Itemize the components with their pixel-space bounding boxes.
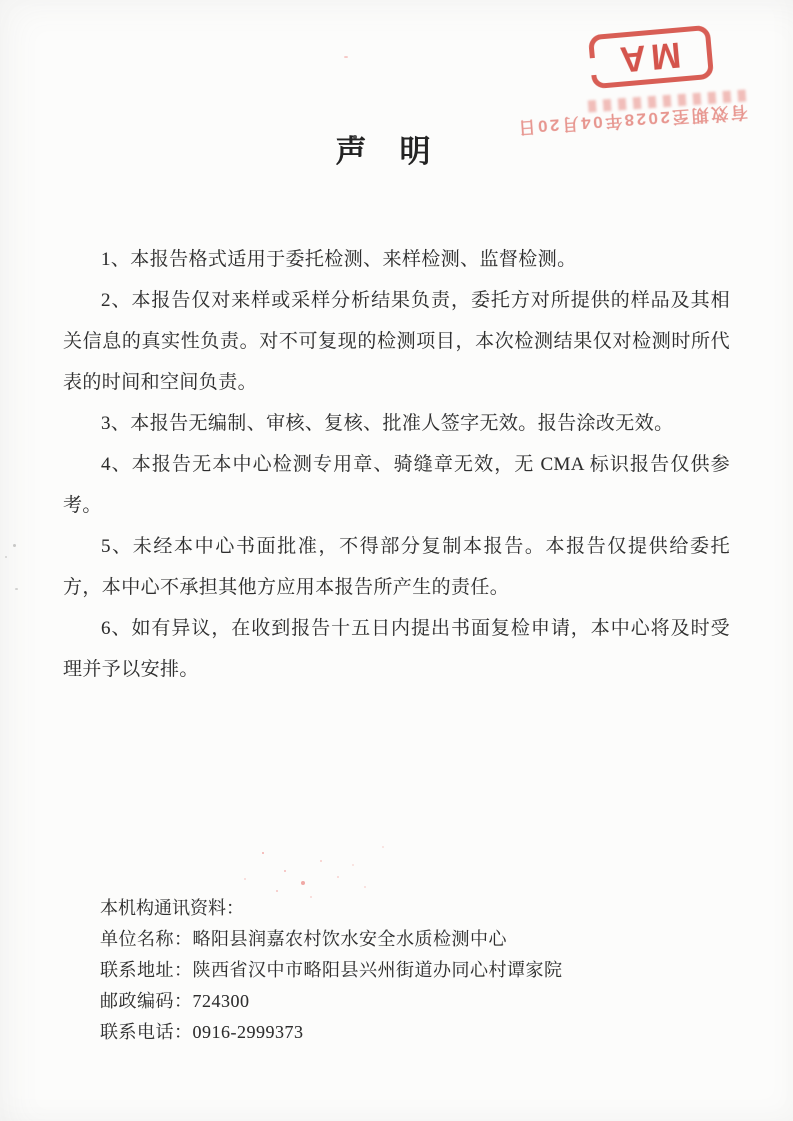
statement-item-2: 2、本报告仅对来样或采样分析结果负责，委托方对所提供的样品及其相关信息的真实性负… <box>63 280 730 403</box>
contact-row-unit-name: 单位名称：略阳县润嘉农村饮水安全水质检测中心 <box>100 924 563 955</box>
contact-value-unit-name: 略阳县润嘉农村饮水安全水质检测中心 <box>193 929 508 949</box>
contact-value-phone: 0916-2999373 <box>193 1022 304 1042</box>
scan-speck <box>344 56 348 58</box>
contact-row-address: 联系地址：陕西省汉中市略阳县兴州街道办同心村谭家院 <box>100 955 563 986</box>
contact-info-block: 本机构通讯资料： 单位名称：略阳县润嘉农村饮水安全水质检测中心 联系地址：陕西省… <box>100 893 563 1048</box>
contact-label-unit-name: 单位名称： <box>100 929 193 949</box>
scan-speck <box>5 556 7 558</box>
contact-label-postcode: 邮政编码： <box>100 991 193 1011</box>
statement-item-3: 3、本报告无编制、审核、复核、批准人签字无效。报告涂改无效。 <box>63 403 730 444</box>
scan-smudge <box>262 852 264 854</box>
page-title: 声 明 <box>0 126 767 171</box>
declaration-document-page: MA 有效期至2028年04月20日 声 明 1、本报告格式适用于委托检测、来样… <box>0 0 793 1121</box>
scan-speck <box>15 588 18 590</box>
statement-item-4: 4、本报告无本中心检测专用章、骑缝章无效，无 CMA 标识报告仅供参考。 <box>63 444 730 526</box>
contact-heading: 本机构通讯资料： <box>100 893 563 924</box>
statement-item-6: 6、如有异议，在收到报告十五日内提出书面复检申请，本中心将及时受理并予以安排。 <box>63 608 730 690</box>
contact-row-phone: 联系电话：0916-2999373 <box>100 1017 563 1048</box>
statement-item-5: 5、未经本中心书面批准，不得部分复制本报告。本报告仅提供给委托方，本中心不承担其… <box>63 526 730 608</box>
statement-item-1: 1、本报告格式适用于委托检测、来样检测、监督检测。 <box>63 239 730 280</box>
cma-stamp-logo-frame: MA <box>588 25 714 89</box>
statement-list: 1、本报告格式适用于委托检测、来样检测、监督检测。 2、本报告仅对来样或采样分析… <box>63 239 730 690</box>
cma-stamp-letters: MA <box>614 36 689 78</box>
contact-value-postcode: 724300 <box>193 991 250 1011</box>
contact-value-address: 陕西省汉中市略阳县兴州街道办同心村谭家院 <box>193 960 563 980</box>
cma-stamp: MA 有效期至2028年04月20日 <box>546 16 790 133</box>
contact-row-postcode: 邮政编码：724300 <box>100 986 563 1017</box>
contact-label-phone: 联系电话： <box>100 1022 193 1042</box>
contact-label-address: 联系地址： <box>100 960 193 980</box>
scan-speck <box>13 544 16 547</box>
